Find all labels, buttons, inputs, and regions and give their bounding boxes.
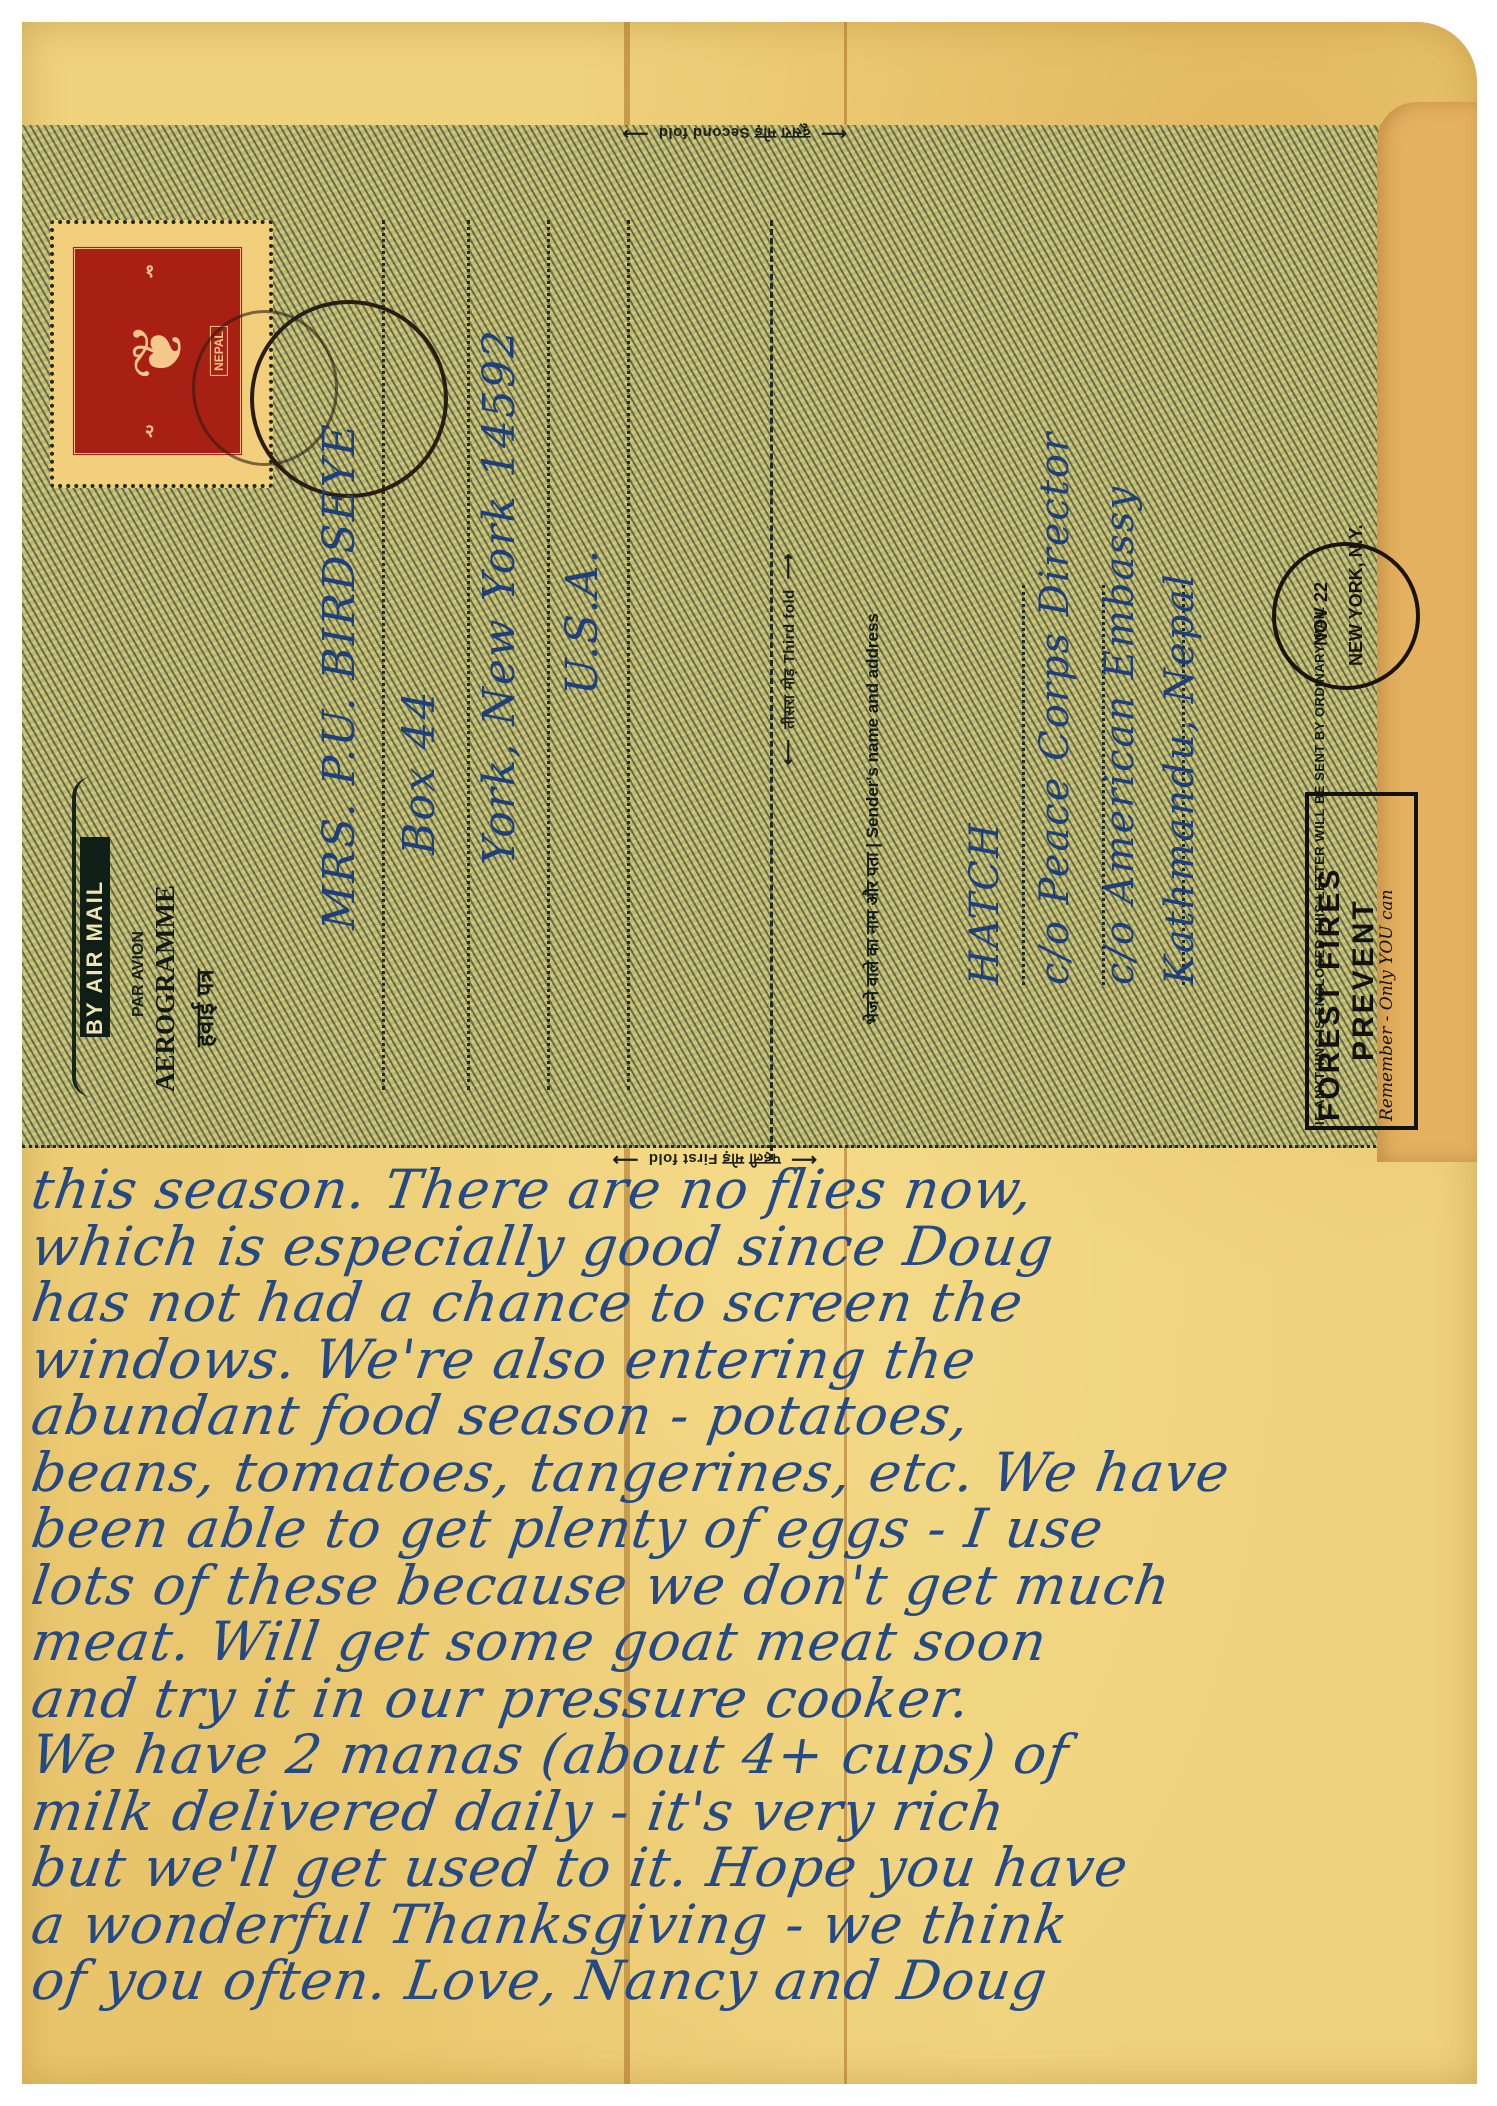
by-air-mail-label: BY AIR MAIL [82, 880, 108, 1035]
address-line [627, 220, 630, 1090]
letter-line: this season. There are no flies now, [28, 1162, 1456, 1219]
second-fold-label: ⟵दूसरा मोड़ Second fold⟶ [612, 123, 857, 144]
stamp-value-top: १ [145, 259, 154, 283]
sender-line-1: c/o Peace Corps Director [1032, 431, 1078, 985]
aerogramme-label: AEROGRAMME [150, 885, 181, 1092]
letter-line: a wonderful Thanksgiving - we think [28, 1897, 1456, 1954]
third-fold-label: ⟵तीसरा मोड़ Third fold⟶ [778, 543, 799, 775]
recipient-country: U.S.A. [557, 548, 608, 695]
letter-body: this season. There are no flies now, whi… [28, 1162, 1448, 2010]
sender-line-3: Kathmandu, Nepal [1157, 572, 1203, 985]
arrow-right-icon: ⟶ [612, 124, 658, 144]
letter-line: of you often. Love, Nancy and Doug [28, 1953, 1456, 2010]
address-panel: ⟵दूसरा मोड़ Second fold⟶ ❦ १ २ NEPAL BY … [22, 125, 1442, 1148]
par-avion-label: PAR AVION [130, 931, 148, 1017]
letter-line: We have 2 manas (about 4+ cups) of [28, 1727, 1456, 1784]
letter-line: lots of these because we don't get much [28, 1558, 1456, 1615]
letter-line: and try it in our pressure cooker. [28, 1671, 1456, 1728]
sender-label: भेजने वाले का नाम और पता | Sender's name… [860, 613, 883, 1025]
address-line [547, 220, 550, 1090]
forest-fire-slogan-cancel: Remember - Only YOU can PREVENT FOREST F… [1305, 792, 1418, 1130]
garuda-emblem-icon: ❦ [123, 322, 193, 381]
aerogramme-hindi-label: हवाई पत्र [188, 969, 221, 1047]
airmail-branding: BY AIR MAIL PAR AVION AEROGRAMME हवाई पत… [70, 777, 220, 1097]
arrow-right-icon: ⟶ [778, 543, 798, 589]
arrow-left-icon: ⟵ [778, 729, 798, 775]
letter-line: has not had a chance to screen the [28, 1275, 1456, 1332]
address-line [382, 220, 385, 1090]
sender-line [1022, 585, 1025, 985]
slogan-line-2: PREVENT [1347, 898, 1381, 1061]
recipient-name: MRS. P.U. BIRDSEYE [314, 422, 365, 930]
postmark-date: NOV 22 [1311, 582, 1332, 646]
sender-line-2: c/o American Embassy [1097, 485, 1143, 985]
stamp-value-bottom: २ [145, 419, 154, 443]
letter-line: beans, tomatoes, tangerines, etc. We hav… [28, 1445, 1456, 1502]
postmark-city: NEW YORK, N.Y. [1346, 524, 1367, 666]
arrow-left-icon: ⟵ [811, 124, 857, 144]
aerogramme-sheet: ⟵दूसरा मोड़ Second fold⟶ ❦ १ २ NEPAL BY … [22, 22, 1477, 2084]
letter-line: which is especially good since Doug [28, 1219, 1456, 1276]
letter-line: abundant food season - potatoes, [28, 1388, 1456, 1445]
letter-line: milk delivered daily - it's very rich [28, 1784, 1456, 1841]
address-line [467, 220, 470, 1090]
slogan-line-3: FOREST FIRES [1313, 867, 1347, 1121]
third-fold-line [770, 220, 773, 1160]
letter-line: been able to get plenty of eggs - I use [28, 1501, 1456, 1558]
letter-line: windows. We're also entering the [28, 1332, 1456, 1389]
recipient-box: Box 44 [394, 689, 445, 855]
new-york-postmark: NEW YORK, N.Y. NOV 22 [1272, 542, 1420, 690]
recipient-city: York, New York 14592 [474, 328, 525, 865]
letter-line: meat. Will get some goat meat soon [28, 1614, 1456, 1671]
letter-line: but we'll get used to it. Hope you have [28, 1840, 1456, 1897]
sender-name: HATCH [962, 821, 1008, 985]
